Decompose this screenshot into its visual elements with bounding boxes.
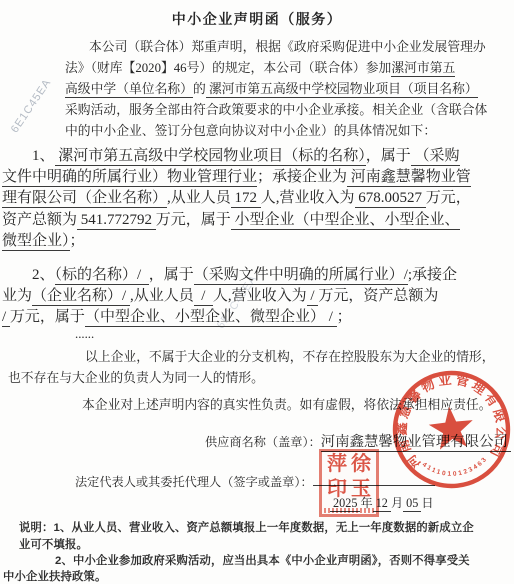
seal-serial-band: [324, 508, 374, 513]
doc-text: 的: [193, 82, 206, 96]
doc-fill-underlined: 172: [231, 190, 261, 208]
doc-fill-underlined: （采购: [411, 148, 460, 166]
doc-text: 人,营业收入为: [213, 288, 307, 304]
doc-note-line: 业可不填报。: [19, 536, 88, 552]
doc-text: 采购活动，服务全部由符合政策要求的中小企业承接。相关企业（含联合体: [65, 103, 487, 117]
doc-text: 万元，: [426, 190, 471, 206]
doc-fill-underlined: 678.00527: [355, 190, 426, 208]
doc-line: 本公司（联合体）郑重声明，根据《政府采购促进中小企业发展管理办: [89, 40, 486, 56]
doc-text: ,从业人员: [130, 288, 194, 304]
doc-text: 业为: [2, 288, 32, 304]
doc-text: ；: [70, 233, 85, 249]
doc-fill-underlined: /: [2, 309, 10, 327]
doc-text: 月: [391, 496, 403, 510]
doc-text: 本公司（联合体）郑重声明，根据《政府采购促进中小企业发展管理办: [89, 40, 486, 54]
doc-text: ；: [337, 309, 352, 325]
doc-text: ;承接企: [408, 267, 457, 283]
doc-line: 业为（企业名称）/ ,从业人员 / 人,营业收入为 / 万元，资产总额为: [2, 287, 438, 306]
doc-line: 中的中小企业、签订分包意向协议对中小企业）的具体情况如下：: [65, 124, 436, 140]
seal-character: 玉: [349, 477, 373, 502]
doc-text: 也不存在与大企业的负责人为同一人的情形。: [8, 371, 264, 385]
document-title: 中小企业声明函（服务）: [0, 9, 514, 29]
doc-fill-underlined: 理有限公司（企业名称）: [2, 190, 167, 208]
seal-character: 印: [325, 477, 349, 502]
doc-text: 1、: [32, 148, 55, 164]
doc-line: 2、（标的名称）/ ，属于（采购文件中明确的所属行业）/;承接企: [32, 266, 457, 285]
doc-fill-underlined: （企业名称）/: [32, 288, 130, 306]
seal-character: 萍: [325, 452, 349, 477]
doc-line: ......: [75, 327, 94, 343]
doc-text: 日: [421, 496, 433, 510]
doc-text: 法》（财库【2020】46号）的规定，本公司（联合体）参加: [65, 61, 391, 75]
doc-line: 法》（财库【2020】46号）的规定，本公司（联合体）参加漯河市第五: [65, 61, 455, 77]
doc-text: ......: [75, 327, 94, 341]
doc-line: 也不存在与大企业的负责人为同一人的情形。: [8, 371, 264, 387]
doc-text: 资产总额为: [2, 212, 77, 228]
doc-line: 采购活动，服务全部由符合政策要求的中小企业承接。相关企业（含联合体: [65, 103, 487, 119]
doc-text: ；承接企业为: [257, 169, 347, 185]
doc-text: 万元，属于: [10, 309, 85, 325]
doc-text: ，属于: [366, 148, 411, 164]
watermark: 6E1C45EA: [9, 77, 54, 135]
doc-fill-underlined: 河南鑫慧馨物业管: [347, 169, 471, 187]
doc-line: 以上企业，不属于大企业的分支机构，不存在控股股东为大企业的情形，: [85, 350, 495, 366]
personal-seal-stamp: 萍 徐 印 玉: [319, 449, 379, 517]
doc-line: 资产总额为 541.772792 万元，属于 小型企业（中型企业、小型企业、: [2, 211, 460, 230]
doc-fill-underlined: 541.772792: [77, 212, 156, 230]
doc-fill-underlined: 漯河市第五: [391, 61, 455, 77]
doc-text: 以上企业，不属于大企业的分支机构，不存在控股股东为大企业的情形，: [85, 350, 495, 364]
doc-text: 法定代表人或其委托代理人（签字或盖章）：: [75, 475, 313, 489]
doc-text: 万元，属于: [156, 212, 231, 228]
company-seal-stamp: 河南鑫慧馨物业管理有限公司 4111010123463: [385, 363, 514, 496]
doc-line: 文件中明确的所属行业）物业管理行业；承接企业为 河南鑫慧馨物业管: [2, 168, 471, 187]
doc-fill-underlined: 文件中明确的所属行业）物业管理行业: [2, 169, 257, 187]
doc-line: / 万元，属于（中型企业、小型企业、微型企业） / ；: [2, 308, 352, 327]
doc-line: 微型企业）；: [2, 232, 85, 251]
doc-text: 万元，资产总额为: [318, 288, 438, 304]
doc-text: 供应商名称（盖章）：: [205, 435, 321, 449]
doc-fill-underlined: 高级中学（单位名称）: [65, 82, 193, 98]
doc-fill-underlined: （采购文件中明确的所属行业）/: [194, 267, 408, 285]
doc-fill-underlined: （中型企业、小型企业、微型企业） /: [85, 309, 337, 327]
doc-fill-underlined: 05: [403, 496, 421, 512]
doc-text: 2、: [32, 267, 55, 283]
doc-text: ,从业人员: [167, 190, 231, 206]
doc-line: 1、 漯河市第五高级中学校园物业项目（标的名称），属于 （采购: [32, 147, 460, 166]
doc-line: 法定代表人或其委托代理人（签字或盖章）：: [75, 471, 435, 490]
doc-line: 高级中学（单位名称）的 漯河市第五高级中学校园物业项目（项目名称）: [65, 82, 478, 98]
doc-text: 人,营业收入为: [261, 190, 355, 206]
star-icon: [427, 404, 475, 450]
doc-note-line: 2、中小企业参加政府采购活动，应当出具本《中小企业声明函》，否则不得享受关: [55, 552, 470, 568]
seal-character: 徐: [349, 452, 373, 477]
doc-fill-underlined: 微型企业）: [2, 233, 70, 251]
doc-note-line: 说明：1、从业人员、营业收入、资产总额填报上一年度数据，无上一年度数据的新成立企: [19, 519, 474, 535]
doc-text: ，属于: [149, 267, 194, 283]
doc-fill-underlined: 漯河市第五高级中学校园物业项目（项目名称）: [206, 82, 478, 98]
doc-line: 理有限公司（企业名称）,从业人员 172 人,营业收入为 678.00527 万…: [2, 189, 471, 208]
doc-fill-underlined: /: [307, 288, 319, 306]
document-page: 6E1C45EA 6E1C45EA 中小企业声明函（服务） 本公司（联合体）郑重…: [0, 0, 514, 584]
doc-fill-underlined: 小型企业（中型企业、小型企业、: [231, 212, 460, 230]
doc-fill-underlined: 漯河市第五高级中学校园物业项目（标的名称）: [55, 148, 366, 166]
doc-note-line: 中小企业扶持政策。: [3, 568, 106, 584]
doc-fill-underlined: /: [194, 288, 213, 306]
doc-fill-underlined: （标的名称）/: [55, 267, 149, 285]
doc-text: 中的中小企业、签订分包意向协议对中小企业）的具体情况如下：: [65, 124, 436, 138]
